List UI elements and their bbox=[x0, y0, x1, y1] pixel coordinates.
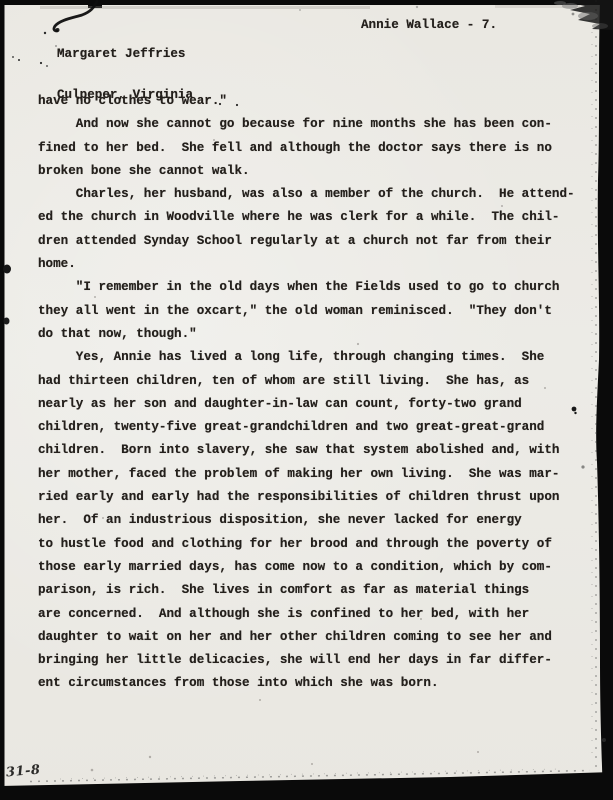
document-line: "I remember in the old days when the Fie… bbox=[38, 276, 575, 299]
document-line: ent circumstances from those into which … bbox=[38, 672, 575, 695]
document-line: do that now, though." bbox=[38, 323, 575, 346]
document-line: dren attended Synday School regularly at… bbox=[38, 230, 575, 253]
document-line: those early married days, has come now t… bbox=[38, 556, 575, 579]
document-line: ried early and early had the responsibil… bbox=[38, 486, 575, 509]
scanned-document-page: Margaret Jeffries Culpeper, Virginia Ann… bbox=[0, 0, 613, 800]
document-line: have no clothes to wear." bbox=[38, 90, 575, 113]
document-line: had thirteen children, ten of whom are s… bbox=[38, 370, 575, 393]
document-line: to hustle food and clothing for her broo… bbox=[38, 533, 575, 556]
document-line: children. Born into slavery, she saw tha… bbox=[38, 439, 575, 462]
handwritten-page-mark: 31-8 bbox=[5, 763, 41, 781]
document-line: they all went in the oxcart," the old wo… bbox=[38, 300, 575, 323]
document-line: bringing her little delicacies, she will… bbox=[38, 649, 575, 672]
header-running-title: Annie Wallace - 7. bbox=[361, 19, 497, 33]
document-line: Charles, her husband, was also a member … bbox=[38, 183, 575, 206]
document-line: parison, is rich. She lives in comfort a… bbox=[38, 579, 575, 602]
document-line: broken bone she cannot walk. bbox=[38, 160, 575, 183]
document-line: home. bbox=[38, 253, 575, 276]
document-line: fined to her bed. She fell and although … bbox=[38, 137, 575, 160]
document-line: her. Of an industrious disposition, she … bbox=[38, 509, 575, 532]
document-line: nearly as her son and daughter-in-law ca… bbox=[38, 393, 575, 416]
document-line: Yes, Annie has lived a long life, throug… bbox=[38, 346, 575, 369]
document-line: daughter to wait on her and her other ch… bbox=[38, 626, 575, 649]
document-line: are concerned. And although she is confi… bbox=[38, 603, 575, 626]
document-line: children, twenty-five great-grandchildre… bbox=[38, 416, 575, 439]
document-line: And now she cannot go because for nine m… bbox=[38, 113, 575, 136]
document-body: have no clothes to wear." And now she ca… bbox=[38, 90, 575, 696]
document-line: her mother, faced the problem of making … bbox=[38, 463, 575, 486]
header-author-name: Margaret Jeffries bbox=[57, 48, 193, 62]
document-line: ed the church in Woodville where he was … bbox=[38, 206, 575, 229]
